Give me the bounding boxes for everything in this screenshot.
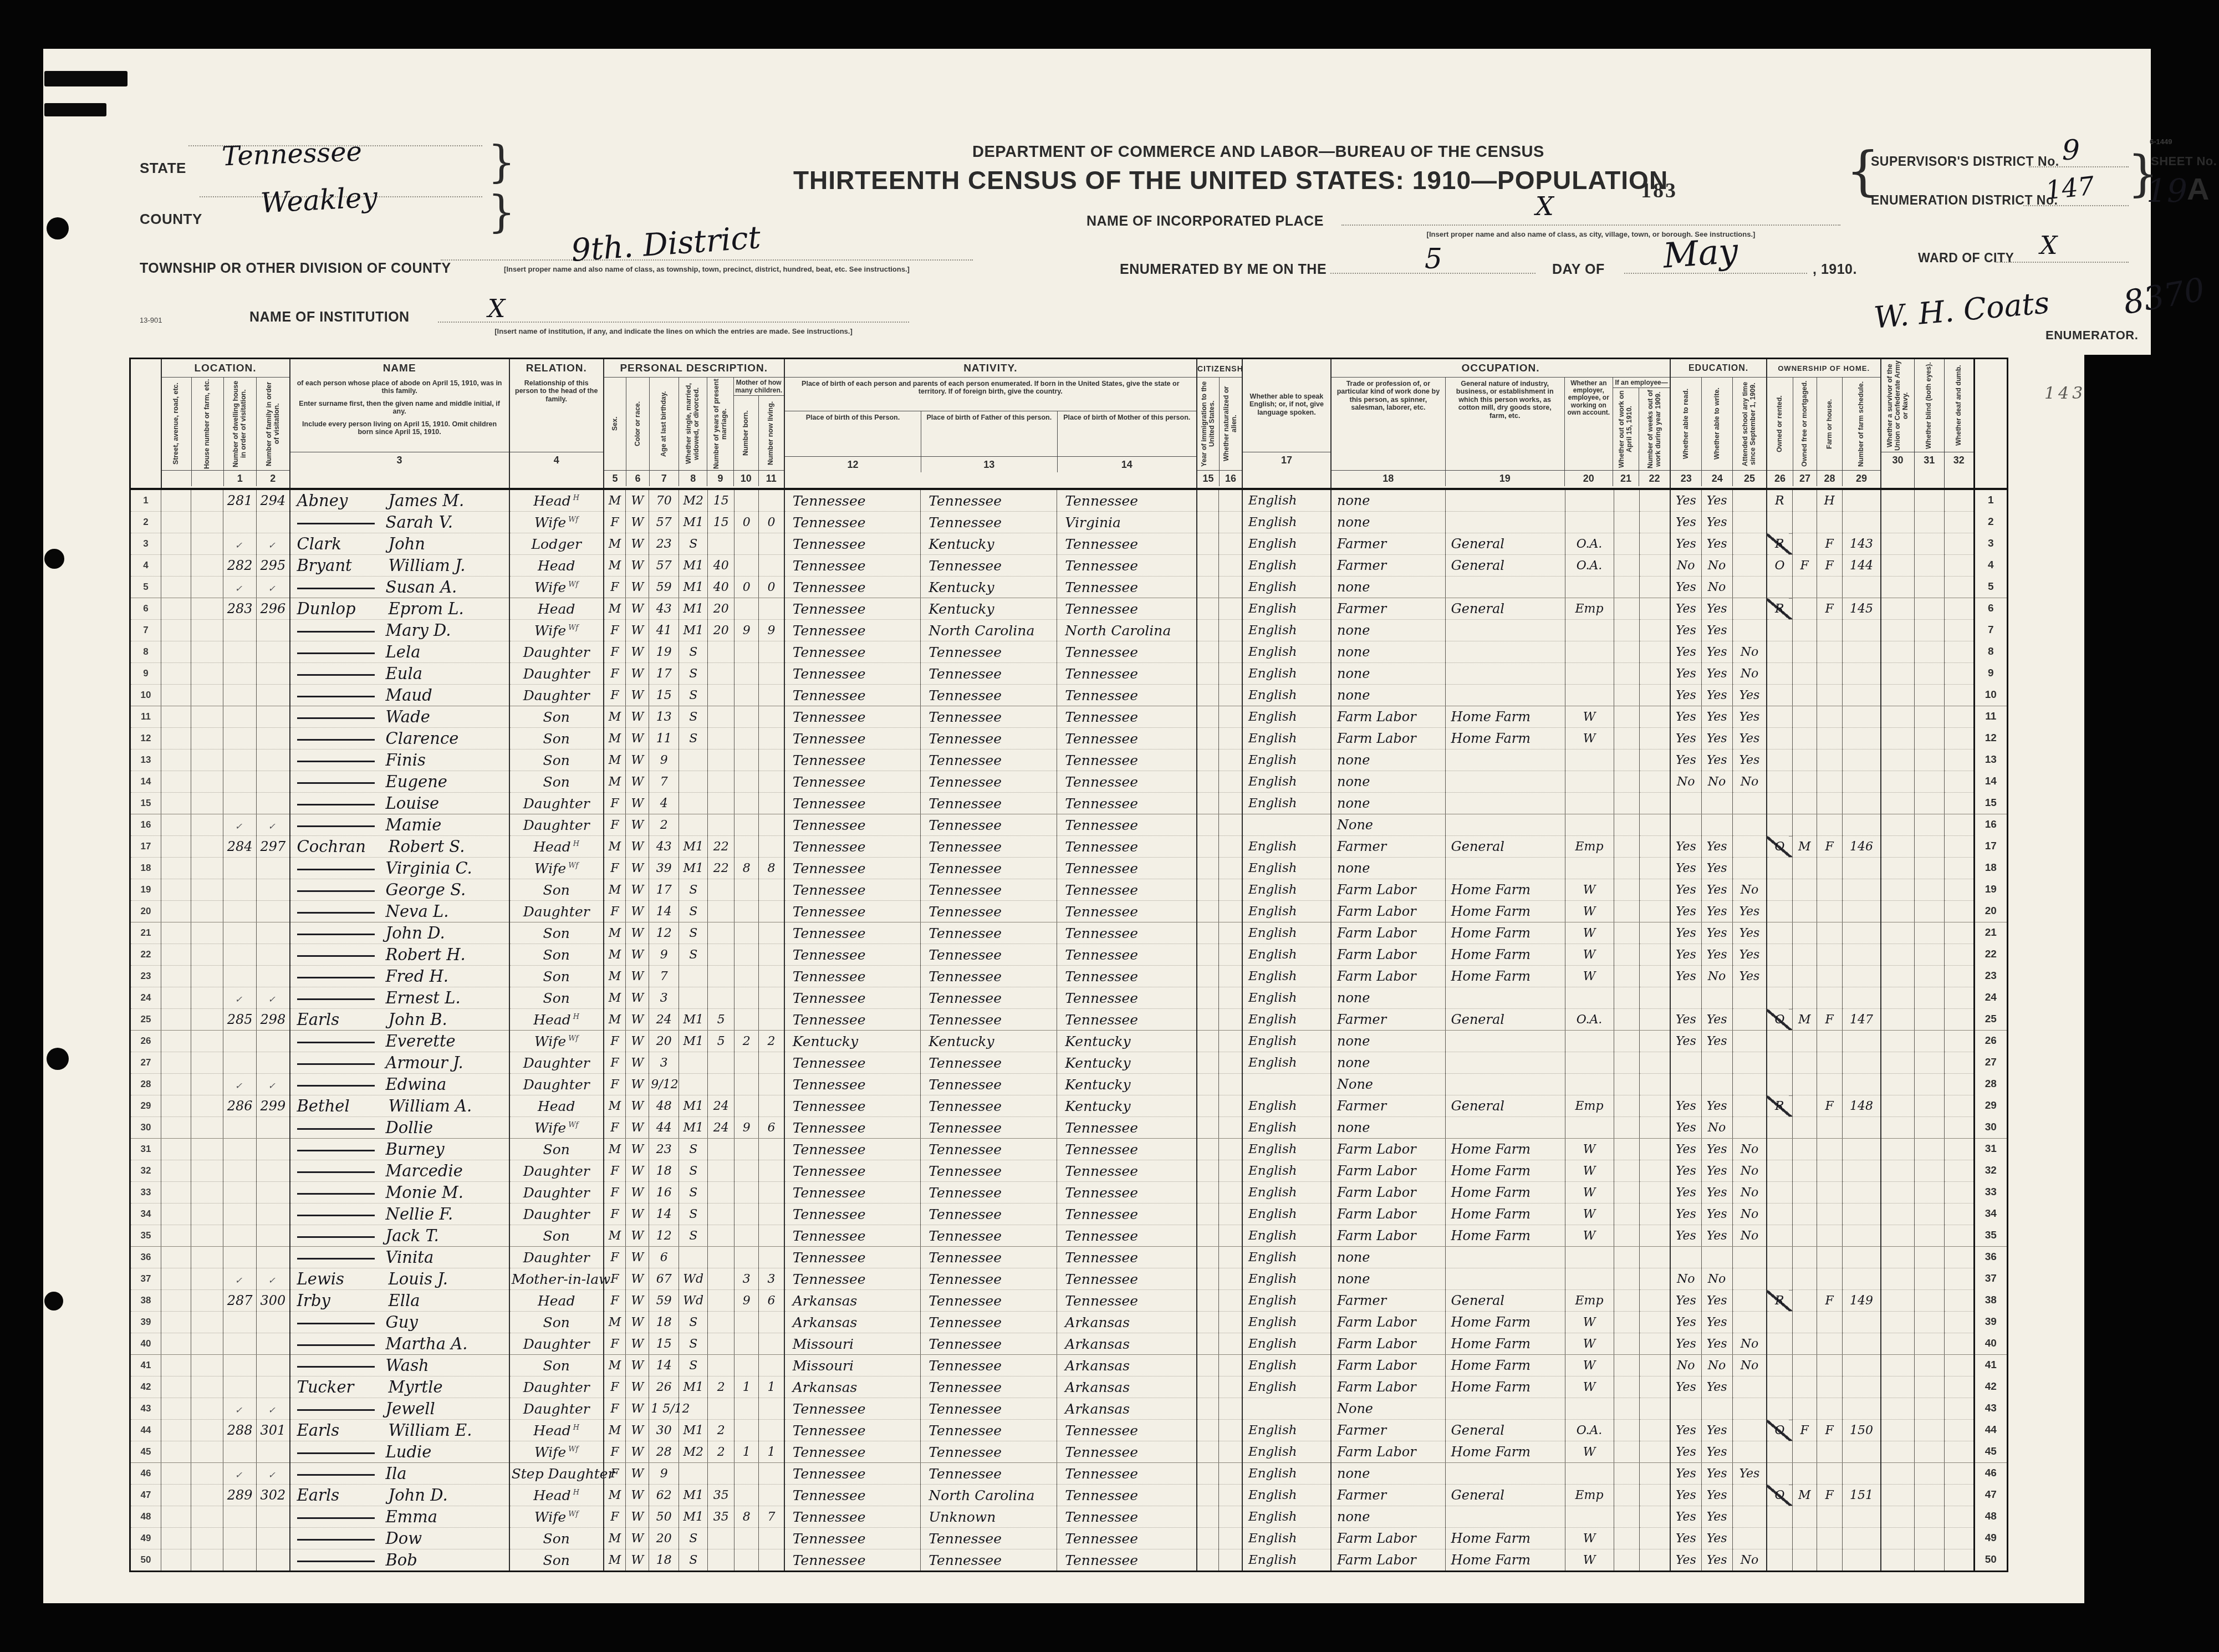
cell-imm [1197, 1268, 1219, 1290]
cell-sex: M [604, 1355, 626, 1376]
cell-cl [759, 489, 784, 512]
cell-blind [1914, 620, 1944, 641]
cell-pbm: Arkansas [1057, 1355, 1197, 1376]
cell-write: Yes [1701, 1031, 1732, 1052]
cell-name: DunlopEprom L. [290, 598, 509, 620]
cell-ind: General [1445, 836, 1565, 858]
cell-lnr: 47 [1974, 1485, 2007, 1506]
cell-fh: F [1817, 1009, 1842, 1031]
census-row: 22Robert H.SonMW9STennesseeTennesseeTenn… [130, 944, 2008, 966]
sheet-label: SHEET No. [2151, 154, 2217, 169]
cell-col: W [626, 901, 649, 922]
cell-write: Yes [1701, 1204, 1732, 1225]
cell-fm [1792, 620, 1817, 641]
cell-rel: Daughter [509, 1182, 604, 1204]
cell-trade: none [1331, 512, 1445, 533]
cell-fnum [1842, 728, 1881, 749]
cell-mar [679, 793, 708, 814]
cell-mar: M1 [679, 555, 708, 577]
cell-trade: Farm Labor [1331, 1441, 1445, 1463]
cell-col: W [626, 1160, 649, 1182]
given-name: Ila [386, 1464, 407, 1483]
census-row: 20Neva L.DaughterFW14STennesseeTennessee… [130, 901, 2008, 922]
cell-name: Emma [290, 1506, 509, 1528]
cell-fam: ✓ [257, 1463, 290, 1485]
ditto-line [297, 588, 375, 589]
cell-name: Marcedie [290, 1160, 509, 1182]
cell-ow [1614, 533, 1639, 555]
given-name: Eprom L. [389, 599, 464, 618]
cell-name: Virginia C. [290, 858, 509, 879]
cell-dw [223, 749, 257, 771]
cell-ow [1614, 555, 1639, 577]
cell-yrs: 2 [708, 1441, 734, 1463]
cell-name: Eugene [290, 771, 509, 793]
cell-col: W [626, 555, 649, 577]
cell-cl [759, 555, 784, 577]
cell-blind [1914, 1355, 1944, 1376]
cell-blind [1914, 793, 1944, 814]
cell-house [191, 1376, 223, 1398]
cell-ind: General [1445, 1420, 1565, 1441]
cell-pb: Tennessee [784, 1095, 921, 1117]
cell-yrs [708, 1333, 734, 1355]
cell-rel: Son [509, 922, 604, 944]
cell-ind: Home Farm [1445, 1225, 1565, 1247]
cell-fnum [1842, 1376, 1881, 1398]
cell-house [191, 1485, 223, 1506]
cell-rel: Son [509, 1528, 604, 1549]
cell-rel: Son [509, 1225, 604, 1247]
cell-mar: M2 [679, 1441, 708, 1463]
cell-age: 39 [649, 858, 679, 879]
surname: Dunlop [297, 599, 389, 618]
cell-col: W [626, 858, 649, 879]
cell-sex: M [604, 1225, 626, 1247]
cell-own [1767, 1225, 1792, 1247]
cell-street [161, 512, 191, 533]
cell-fnum [1842, 489, 1881, 512]
cell-lnr: 13 [1974, 749, 2007, 771]
cell-emp [1565, 814, 1614, 836]
cell-blind [1914, 1268, 1944, 1290]
cell-lnr: 20 [1974, 901, 2007, 922]
cell-pb: Tennessee [784, 1268, 921, 1290]
cell-eng: English [1242, 836, 1331, 858]
cell-rel: Son [509, 706, 604, 728]
cell-rel: Daughter [509, 1333, 604, 1355]
cell-col: W [626, 685, 649, 706]
cell-lnr: 30 [1974, 1117, 2007, 1139]
cell-fm [1792, 685, 1817, 706]
cell-fam [257, 1052, 290, 1074]
cell-ind: Home Farm [1445, 1182, 1565, 1204]
cell-age: 9 [649, 1463, 679, 1485]
cell-deaf [1944, 555, 1974, 577]
cell-sex: F [604, 901, 626, 922]
check-mark: ✓ [268, 1275, 276, 1286]
cell-write: Yes [1701, 1528, 1732, 1549]
cell-ow [1614, 793, 1639, 814]
cell-yrs [708, 1247, 734, 1268]
cell-trade: Farm Labor [1331, 1376, 1445, 1398]
cell-rel: Daughter [509, 1398, 604, 1420]
cell-deaf [1944, 771, 1974, 793]
cell-fm [1792, 1182, 1817, 1204]
cell-pb: Tennessee [784, 533, 921, 555]
cell-house [191, 706, 223, 728]
cell-fh [1817, 901, 1842, 922]
cell-pbf: Tennessee [921, 966, 1057, 987]
cell-blind [1914, 1333, 1944, 1355]
cell-mar: M1 [679, 512, 708, 533]
cell-trade: none [1331, 771, 1445, 793]
cell-write: Yes [1701, 598, 1732, 620]
cell-name: Louise [290, 793, 509, 814]
cell-emp [1565, 1268, 1614, 1290]
cell-name: Mary D. [290, 620, 509, 641]
cell-imm [1197, 533, 1219, 555]
cell-pbm: Tennessee [1057, 836, 1197, 858]
cell-write: Yes [1701, 1225, 1732, 1247]
cell-deaf [1944, 489, 1974, 512]
cell-ow [1614, 1463, 1639, 1485]
cell-fnum [1842, 966, 1881, 987]
cell-eng: English [1242, 641, 1331, 663]
cell-own [1767, 901, 1792, 922]
blind-header: Whether blind (both eyes).31 [1914, 359, 1944, 490]
cell-emp: W [1565, 1333, 1614, 1355]
cell-fnum: 149 [1842, 1290, 1881, 1312]
cell-read: Yes [1670, 533, 1701, 555]
cell-trade: None [1331, 1074, 1445, 1095]
cell-fh [1817, 922, 1842, 944]
cell-pbm: Kentucky [1057, 1031, 1197, 1052]
cell-pb: Tennessee [784, 706, 921, 728]
cell-eng: English [1242, 1139, 1331, 1160]
cell-fm [1792, 598, 1817, 620]
cell-sch [1732, 814, 1767, 836]
cell-own [1767, 1312, 1792, 1333]
cell-cl [759, 685, 784, 706]
cell-vet [1881, 1549, 1914, 1572]
cell-trade: Farmer [1331, 1485, 1445, 1506]
cell-trade: Farmer [1331, 555, 1445, 577]
cell-street [161, 1528, 191, 1549]
cell-dw: 282 [223, 555, 257, 577]
cell-trade: Farm Labor [1331, 966, 1445, 987]
census-row: 46✓✓IlaStep DaughterFW9TennesseeTennesse… [130, 1463, 2008, 1485]
cell-eng: English [1242, 577, 1331, 598]
cell-read: Yes [1670, 922, 1701, 944]
cell-mar: M1 [679, 1031, 708, 1052]
relation-annotation: Wf [568, 580, 578, 589]
cell-read: Yes [1670, 1441, 1701, 1463]
cell-emp: W [1565, 1225, 1614, 1247]
census-row: 49DowSonMW20STennesseeTennesseeTennessee… [130, 1528, 2008, 1549]
cell-deaf [1944, 1441, 1974, 1463]
cell-pbf: Tennessee [921, 1528, 1057, 1549]
cell-dw [223, 512, 257, 533]
cell-fam [257, 749, 290, 771]
cell-rel: Daughter [509, 1052, 604, 1074]
cell-rel: Mother-in-law [509, 1268, 604, 1290]
cell-ow [1614, 1528, 1639, 1549]
cell-fnum [1842, 1463, 1881, 1485]
cell-yrs [708, 1160, 734, 1182]
cell-fam [257, 858, 290, 879]
cell-write [1701, 987, 1732, 1009]
cell-street [161, 1290, 191, 1312]
census-row: 2Sarah V.WifeWfFW57M11500TennesseeTennes… [130, 512, 2008, 533]
cell-imm [1197, 879, 1219, 901]
occupation-title: OCCUPATION. [1332, 359, 1670, 378]
cell-lnr: 34 [1974, 1204, 2007, 1225]
census-row: 3✓✓ClarkJohnLodgerMW23STennesseeKentucky… [130, 533, 2008, 555]
cell-own [1767, 706, 1792, 728]
cell-ind: Home Farm [1445, 901, 1565, 922]
cell-name: Ernest L. [290, 987, 509, 1009]
cell-rel: WifeWf [509, 1506, 604, 1528]
cell-fnum [1842, 901, 1881, 922]
cell-blind [1914, 512, 1944, 533]
cell-ln: 4 [130, 555, 161, 577]
cell-cl [759, 706, 784, 728]
cell-wks [1639, 1160, 1670, 1182]
cell-dw [223, 901, 257, 922]
cell-fm [1792, 533, 1817, 555]
cell-ind [1445, 641, 1565, 663]
cell-own: O [1767, 836, 1792, 858]
cell-emp: W [1565, 1441, 1614, 1463]
census-row: 18Virginia C.WifeWfFW39M12288TennesseeTe… [130, 858, 2008, 879]
cell-house [191, 533, 223, 555]
cell-pbf: Tennessee [921, 1225, 1057, 1247]
cell-fh [1817, 944, 1842, 966]
sex-col-label: Sex. [611, 379, 619, 469]
cell-trade: Farm Labor [1331, 1182, 1445, 1204]
cell-sex: M [604, 1549, 626, 1572]
given-name: Dollie [386, 1118, 433, 1137]
cell-cl: 6 [759, 1290, 784, 1312]
cell-cl [759, 944, 784, 966]
cell-eng: English [1242, 685, 1331, 706]
cell-sex: M [604, 1009, 626, 1031]
cell-fnum: 150 [1842, 1420, 1881, 1441]
cell-deaf [1944, 944, 1974, 966]
cell-fm [1792, 1333, 1817, 1355]
cell-fm [1792, 706, 1817, 728]
cell-lnr: 43 [1974, 1398, 2007, 1420]
cell-write: Yes [1701, 1463, 1732, 1485]
cell-pbm: Arkansas [1057, 1333, 1197, 1355]
cell-write: Yes [1701, 489, 1732, 512]
home-ownership-header: OWNERSHIP OF HOME. Owned or rented.26 Ow… [1767, 359, 1881, 490]
cell-eng: English [1242, 879, 1331, 901]
cell-nat [1219, 1117, 1242, 1139]
cell-pb: Tennessee [784, 1506, 921, 1528]
cell-cb [734, 1485, 759, 1506]
cell-pbm: Tennessee [1057, 1420, 1197, 1441]
cell-ln: 37 [130, 1268, 161, 1290]
cell-write: No [1701, 1268, 1732, 1290]
cell-eng: English [1242, 1095, 1331, 1117]
cell-fnum [1842, 685, 1881, 706]
cell-ow [1614, 901, 1639, 922]
cell-own: O [1767, 1009, 1792, 1031]
check-mark: ✓ [268, 821, 276, 832]
cell-house [191, 1355, 223, 1376]
cell-eng: English [1242, 620, 1331, 641]
cell-lnr: 25 [1974, 1009, 2007, 1031]
cell-fm [1792, 1031, 1817, 1052]
cell-ind: Home Farm [1445, 706, 1565, 728]
cell-ln: 41 [130, 1355, 161, 1376]
cell-pbf: Tennessee [921, 793, 1057, 814]
cell-deaf [1944, 1074, 1974, 1095]
cell-fm [1792, 1290, 1817, 1312]
cell-ow [1614, 728, 1639, 749]
out-of-work-col-label: Whether out of work on April 15, 1910. [1618, 389, 1634, 469]
cell-nat [1219, 1355, 1242, 1376]
cell-col: W [626, 1009, 649, 1031]
cell-ind: Home Farm [1445, 1441, 1565, 1463]
cell-cb [734, 901, 759, 922]
cell-dw [223, 1528, 257, 1549]
cell-dw [223, 793, 257, 814]
given-name: Clarence [386, 729, 459, 748]
cell-cl [759, 1052, 784, 1074]
cell-trade: none [1331, 987, 1445, 1009]
given-name: Wade [386, 707, 430, 726]
cell-imm [1197, 793, 1219, 814]
cell-cb [734, 598, 759, 620]
cell-pbm: Tennessee [1057, 1139, 1197, 1160]
cell-pbm: Tennessee [1057, 944, 1197, 966]
cell-own: R [1767, 533, 1792, 555]
cell-trade: None [1331, 814, 1445, 836]
cell-cb [734, 944, 759, 966]
trade-col-label: Trade or profession of, or particular ki… [1332, 378, 1445, 414]
cell-eng: English [1242, 1268, 1331, 1290]
cell-col: W [626, 966, 649, 987]
cell-sex: F [604, 1506, 626, 1528]
cell-rel: Daughter [509, 1204, 604, 1225]
cell-name: Guy [290, 1312, 509, 1333]
cell-eng [1242, 814, 1331, 836]
cell-vet [1881, 685, 1914, 706]
cell-street [161, 1117, 191, 1139]
cell-rel: HeadH [509, 836, 604, 858]
cell-ind [1445, 1398, 1565, 1420]
given-name: Jack T. [386, 1226, 439, 1245]
cell-cb [734, 1355, 759, 1376]
cell-street [161, 987, 191, 1009]
cell-emp [1565, 793, 1614, 814]
cell-wks [1639, 1333, 1670, 1355]
given-name: Eugene [386, 772, 447, 791]
cell-nat [1219, 1376, 1242, 1398]
cell-pbm: Tennessee [1057, 1528, 1197, 1549]
cell-mar: M1 [679, 1376, 708, 1398]
cell-pbf: Kentucky [921, 598, 1057, 620]
cell-ind [1445, 1506, 1565, 1528]
cell-lnr: 39 [1974, 1312, 2007, 1333]
cell-fnum [1842, 1528, 1881, 1549]
cell-pbf: Tennessee [921, 987, 1057, 1009]
industry-col-label: General nature of industry, business, or… [1446, 378, 1564, 422]
cell-pbf: Tennessee [921, 1333, 1057, 1355]
cell-write: Yes [1701, 663, 1732, 685]
cell-name: Ila [290, 1463, 509, 1485]
cell-pb: Tennessee [784, 858, 921, 879]
cell-pbm: Tennessee [1057, 901, 1197, 922]
cell-blind [1914, 1376, 1944, 1398]
cell-pbm: Tennessee [1057, 1268, 1197, 1290]
cell-pb: Tennessee [784, 1528, 921, 1549]
cell-sch [1732, 1420, 1767, 1441]
cell-wks [1639, 1009, 1670, 1031]
cell-wks [1639, 1117, 1670, 1139]
cell-sex: M [604, 922, 626, 944]
enumeration-month: May [1662, 230, 1740, 276]
institution-note: [Insert name of institution, if any, and… [441, 327, 906, 335]
cell-yrs: 35 [708, 1485, 734, 1506]
ward-label: WARD OF CITY [1918, 251, 2014, 266]
cell-ln: 28 [130, 1074, 161, 1095]
cell-fh [1817, 879, 1842, 901]
cell-name: Edwina [290, 1074, 509, 1095]
personal-title: PERSONAL DESCRIPTION. [604, 359, 784, 378]
cell-lnr: 18 [1974, 858, 2007, 879]
cell-rel: Daughter [509, 685, 604, 706]
check-mark: ✓ [235, 540, 242, 550]
cell-age: 9 [649, 944, 679, 966]
cell-read: Yes [1670, 901, 1701, 922]
cell-street [161, 966, 191, 987]
cell-fam [257, 641, 290, 663]
ditto-line [297, 782, 375, 784]
immigration-col-label: Year of immigration to the United States… [1201, 379, 1216, 469]
cell-trade: Farmer [1331, 1009, 1445, 1031]
cell-imm [1197, 1052, 1219, 1074]
cell-cb [734, 922, 759, 944]
cell-fm [1792, 1506, 1817, 1528]
cell-vet [1881, 1441, 1914, 1463]
cell-fnum [1842, 1398, 1881, 1420]
cell-col: W [626, 987, 649, 1009]
cell-wks [1639, 620, 1670, 641]
census-row: 7Mary D.WifeWfFW41M12099TennesseeNorth C… [130, 620, 2008, 641]
cell-fh [1817, 1031, 1842, 1052]
census-row: 19George S.SonMW17STennesseeTennesseeTen… [130, 879, 2008, 901]
cell-fam [257, 922, 290, 944]
cell-trade: none [1331, 858, 1445, 879]
cell-fm [1792, 749, 1817, 771]
cell-own [1767, 858, 1792, 879]
ditto-line [297, 1193, 375, 1195]
cell-fm [1792, 489, 1817, 512]
cell-wks [1639, 1441, 1670, 1463]
county-value: Weakley [260, 181, 379, 220]
cell-pbm: Arkansas [1057, 1398, 1197, 1420]
cell-fm [1792, 879, 1817, 901]
surname: Clark [297, 534, 389, 553]
cell-own [1767, 749, 1792, 771]
cell-lnr: 29 [1974, 1095, 2007, 1117]
cell-vet [1881, 1355, 1914, 1376]
check-mark: ✓ [268, 1405, 276, 1415]
